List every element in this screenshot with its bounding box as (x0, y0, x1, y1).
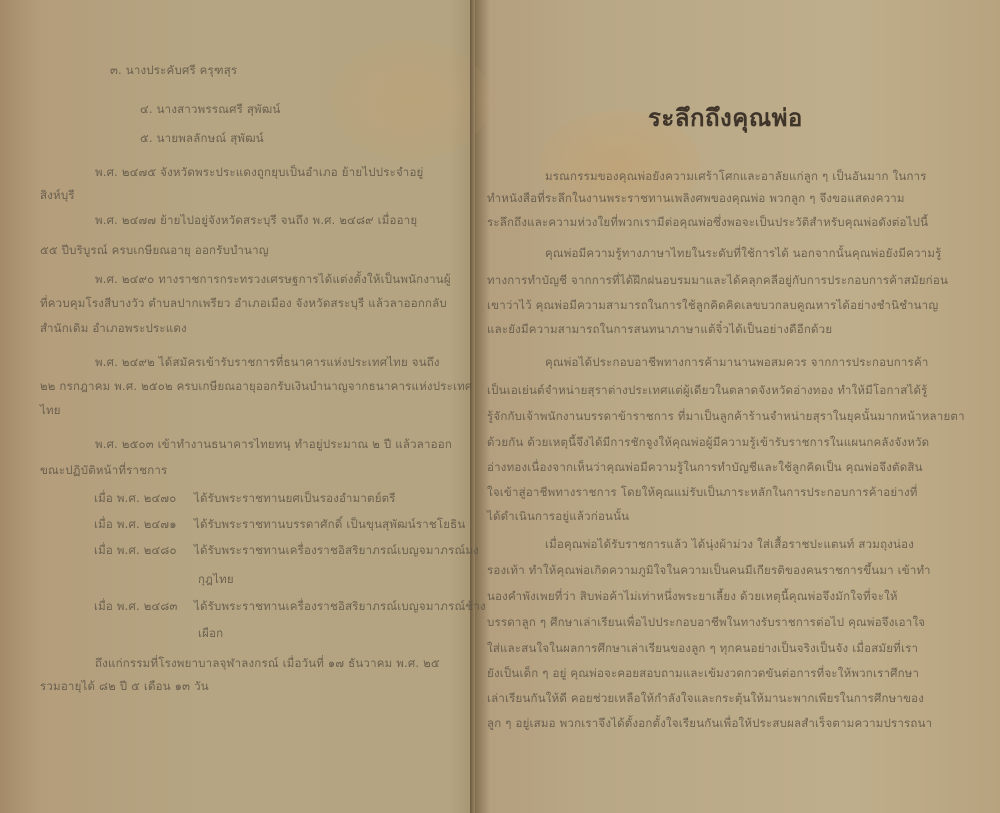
paragraph-line: ๒๒ กรกฎาคม พ.ศ. ๒๕๐๒ ครบเกษียณอายุออกรับ… (40, 378, 472, 396)
paragraph-line: ทำหนังสือที่ระลึกในงานพระราชทานเพลิงศพขอ… (487, 190, 905, 208)
paragraph-line: พ.ศ. ๒๔๗๗ ย้ายไปอยู่จังหวัดสระบุรี จนถึง… (95, 212, 417, 230)
honor-row: เมื่อ พ.ศ. ๒๔๘๓ได้รับพระราชทานเครื่องราช… (94, 598, 486, 616)
paragraph-line: ใส่และสนใจในผลการศึกษาเล่าเรียนของลูก ๆ … (487, 640, 918, 658)
honor-year: เมื่อ พ.ศ. ๒๔๘๐ (94, 542, 194, 560)
paragraph-line: และยังมีความสามารถในการสนทนาภาษาแต้จิ๋วไ… (487, 321, 832, 339)
honor-year: เมื่อ พ.ศ. ๒๔๗๐ (94, 490, 194, 508)
paragraph-line: มรณกรรมของคุณพ่อยังความเศร้าโศกและอาลัยแ… (545, 168, 927, 186)
paragraph-line: นองคำพังเพยที่ว่า สิบพ่อค้าไม่เท่าหนึ่งพ… (487, 588, 898, 606)
paragraph-line: สิงห์บุรี (40, 187, 75, 205)
honor-text: ได้รับพระราชทานบรรดาศักดิ์ เป็นขุนสุพัฒน… (194, 517, 465, 531)
list-item: ๔. นางสาวพรรณศรี สุพัฒน์ (140, 101, 280, 119)
honor-text: ได้รับพระราชทานเครื่องราชอิสริยาภรณ์เบญจ… (194, 543, 479, 557)
paragraph-line: ใจเข้าสู่อาชีพทางราชการ โดยให้คุณแม่รับเ… (487, 484, 918, 502)
honor-row: เมื่อ พ.ศ. ๒๔๘๐ได้รับพระราชทานเครื่องราช… (94, 542, 479, 560)
book-spread: ๓. นางประคับศรี ครุฑสุร ๔. นางสาวพรรณศรี… (0, 0, 1000, 813)
honor-year: เมื่อ พ.ศ. ๒๔๗๑ (94, 516, 194, 534)
paragraph-line: ขณะปฏิบัติหน้าที่ราชการ (40, 462, 167, 480)
paragraph-line: เขาว่าไว้ คุณพ่อมีความสามารถในการใช้ลูกค… (487, 297, 938, 315)
paragraph-line: พ.ศ. ๒๕๐๓ เข้าทำงานธนาคารไทยทนุ ทำอยู่ปร… (95, 436, 452, 454)
paragraph-line: ไทย (40, 402, 61, 420)
paragraph-line: รวมอายุได้ ๘๒ ปี ๕ เดือน ๑๓ วัน (40, 678, 209, 696)
honor-continuation: เผือก (198, 625, 223, 643)
paragraph-line: ได้ดำเนินการอยู่แล้วก่อนนั้น (487, 508, 629, 526)
paragraph-line: ๕๕ ปีบริบูรณ์ ครบเกษียณอายุ ออกรับบำนาญ (40, 242, 269, 260)
honor-year: เมื่อ พ.ศ. ๒๔๘๓ (94, 598, 194, 616)
paragraph-line: สำนักเดิม อำเภอพระประแดง (40, 320, 187, 338)
paragraph-line: รองเท้า ทำให้คุณพ่อเกิดความภูมิใจในความเ… (487, 562, 931, 580)
left-page: ๓. นางประคับศรี ครุฑสุร ๔. นางสาวพรรณศรี… (0, 0, 472, 813)
paragraph-line: คุณพ่อมีความรู้ทางภาษาไทยในระดับที่ใช้กา… (545, 245, 942, 263)
list-item: ๕. นายพลลักษณ์ สุพัฒน์ (140, 130, 264, 148)
paragraph-line: เป็นเอเย่นต์จำหน่ายสุราต่างประเทศแต่ผู้เ… (487, 382, 928, 400)
paragraph-line: เมื่อคุณพ่อได้รับราชการแล้ว ได้นุ่งผ้าม่… (545, 536, 914, 554)
honor-row: เมื่อ พ.ศ. ๒๔๗๐ได้รับพระราชทานยศเป็นรองอ… (94, 490, 396, 508)
paragraph-line: คุณพ่อได้ประกอบอาชีพทางการค้ามานานพอสมคว… (545, 354, 929, 372)
honor-text: ได้รับพระราชทานเครื่องราชอิสริยาภรณ์เบญจ… (194, 599, 486, 613)
right-page: มรณกรรมของคุณพ่อยังความเศร้าโศกและอาลัยแ… (475, 0, 1000, 813)
paragraph-line: ด้วยกัน ด้วยเหตุนี้จึงได้มีการชักจูงให้ค… (487, 434, 929, 452)
paragraph-line: อ่างทองเนื่องจากเห็นว่าคุณพ่อมีความรู้ใน… (487, 459, 923, 477)
list-item: ๓. นางประคับศรี ครุฑสุร (110, 62, 237, 80)
paragraph-line: ทางการทำบัญชี จากการที่ได้ฝึกฝนอบรมมาและ… (487, 272, 948, 290)
honor-continuation: กุฎไทย (198, 571, 234, 589)
paragraph-line: เล่าเรียนกันให้ดี คอยช่วยเหลือให้กำลังใจ… (487, 690, 924, 708)
paragraph-line: บรรดาลูก ๆ ศึกษาเล่าเรียนเพื่อไปประกอบอา… (487, 614, 925, 632)
paragraph-line: ระลึกถึงและความห่วงใยที่พวกเรามีต่อคุณพ่… (487, 214, 928, 232)
paragraph-line: ยังเป็นเด็ก ๆ อยู่ คุณพ่อจะคอยสอบถามและเ… (487, 665, 919, 683)
paragraph-line: พ.ศ. ๒๔๙๒ ได้สมัครเข้ารับราชการที่ธนาคาร… (95, 354, 440, 372)
paragraph-line: ถึงแก่กรรมที่โรงพยาบาลจุฬาลงกรณ์ เมื่อวั… (95, 655, 440, 673)
paragraph-line: พ.ศ. ๒๔๗๕ จังหวัดพระประแดงถูกยุบเป็นอำเภ… (95, 164, 424, 182)
honor-text: ได้รับพระราชทานยศเป็นรองอำมาตย์ตรี (194, 491, 396, 505)
paragraph-line: ลูก ๆ อยู่เสมอ พวกเราจึงได้ตั้งอกตั้งใจเ… (487, 715, 932, 733)
paragraph-line: ที่ควบคุมโรงสีบางวัว ตำบลปากเพรียว อำเภอ… (40, 295, 447, 313)
paragraph-line: พ.ศ. ๒๔๙๐ ทางราชการกระทรวงเศรษฐการได้แต่… (95, 271, 451, 289)
paragraph-line: รู้จักกับเจ้าพนักงานบรรดาข้าราชการ ที่มา… (487, 408, 965, 426)
honor-row: เมื่อ พ.ศ. ๒๔๗๑ได้รับพระราชทานบรรดาศักดิ… (94, 516, 465, 534)
